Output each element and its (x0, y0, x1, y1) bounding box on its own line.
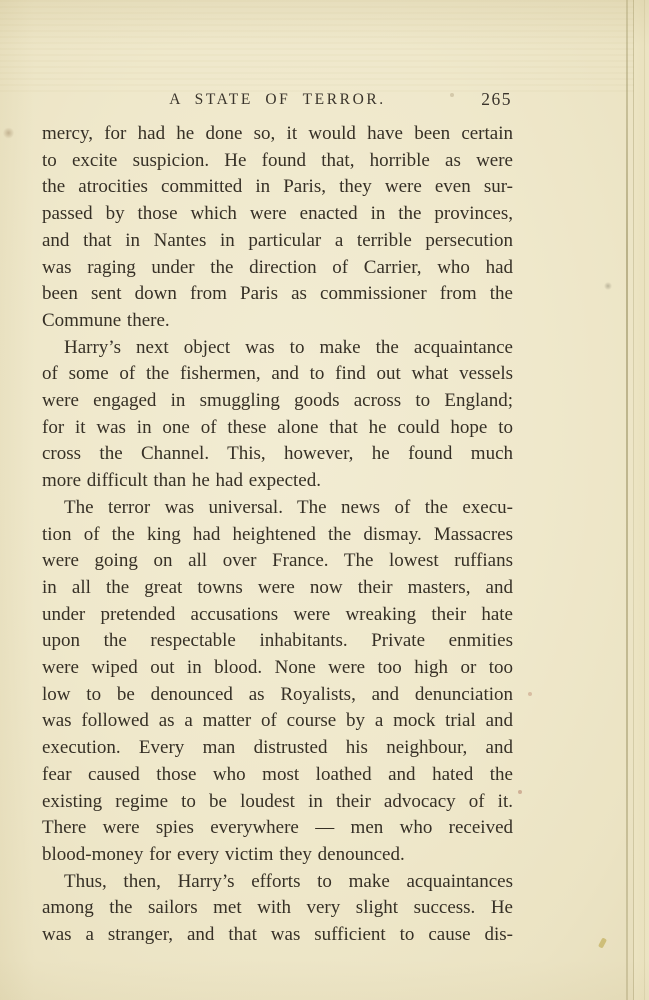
text-line-27: There were spies everywhere — men who re… (42, 815, 513, 842)
text-line-1: mercy, for had he done so, it would have… (42, 121, 513, 148)
scan-speck (528, 692, 532, 696)
text-line-25: fear caused those who most loathed and h… (42, 762, 513, 789)
text-line-15: The terror was universal. The news of th… (42, 495, 513, 522)
scan-speck (518, 790, 522, 794)
text-line-29: Thus, then, Harry’s efforts to make acqu… (42, 869, 513, 896)
text-line-10: of some of the fishermen, and to find ou… (42, 361, 513, 388)
page-number: 265 (481, 89, 512, 110)
text-line-23: was followed as a matter of course by a … (42, 708, 513, 735)
text-line-3: the atrocities committed in Paris, they … (42, 174, 513, 201)
page-edge-line (626, 0, 628, 1000)
text-line-5: and that in Nantes in particular a terri… (42, 228, 513, 255)
text-line-12: for it was in one of these alone that he… (42, 415, 513, 442)
text-line-7: been sent down from Paris as commissione… (42, 281, 513, 308)
text-line-4: passed by those which were enacted in th… (42, 201, 513, 228)
text-line-16: tion of the king had heightened the dism… (42, 522, 513, 549)
text-line-11: were engaged in smuggling goods across t… (42, 388, 513, 415)
scan-speck (604, 282, 612, 290)
text-line-31: was a stranger, and that was sufficient … (42, 922, 513, 949)
text-line-18: in all the great towns were now their ma… (42, 575, 513, 602)
page-edge-strip (634, 0, 649, 1000)
text-line-14: more difficult than he had expected. (42, 468, 513, 495)
scan-texture (0, 0, 649, 95)
text-line-19: under pretended accusations were wreakin… (42, 602, 513, 629)
text-line-6: was raging under the direction of Carrie… (42, 255, 513, 282)
text-line-2: to excite suspicion. He found that, horr… (42, 148, 513, 175)
text-line-22: low to be denounced as Royalists, and de… (42, 682, 513, 709)
running-header: A STATE OF TERROR. 265 (42, 89, 513, 111)
text-line-13: cross the Channel. This, however, he fou… (42, 441, 513, 468)
book-page-scan: A STATE OF TERROR. 265 mercy, for had he… (0, 0, 649, 1000)
text-line-17: were going on all over France. The lowes… (42, 548, 513, 575)
text-line-26: existing regime to be loudest in their a… (42, 789, 513, 816)
text-line-9: Harry’s next object was to make the acqu… (42, 335, 513, 362)
text-line-28: blood-money for every victim they denoun… (42, 842, 513, 869)
text-line-21: were wiped out in blood. None were too h… (42, 655, 513, 682)
scan-speck (598, 937, 607, 948)
text-line-8: Commune there. (42, 308, 513, 335)
running-header-title: A STATE OF TERROR. (169, 91, 386, 109)
text-line-30: among the sailors met with very slight s… (42, 895, 513, 922)
page-text: mercy, for had he done so, it would have… (42, 121, 513, 949)
scan-speck (3, 127, 14, 139)
text-line-24: execution. Every man distrusted his neig… (42, 735, 513, 762)
text-line-20: upon the respectable inhabitants. Privat… (42, 628, 513, 655)
